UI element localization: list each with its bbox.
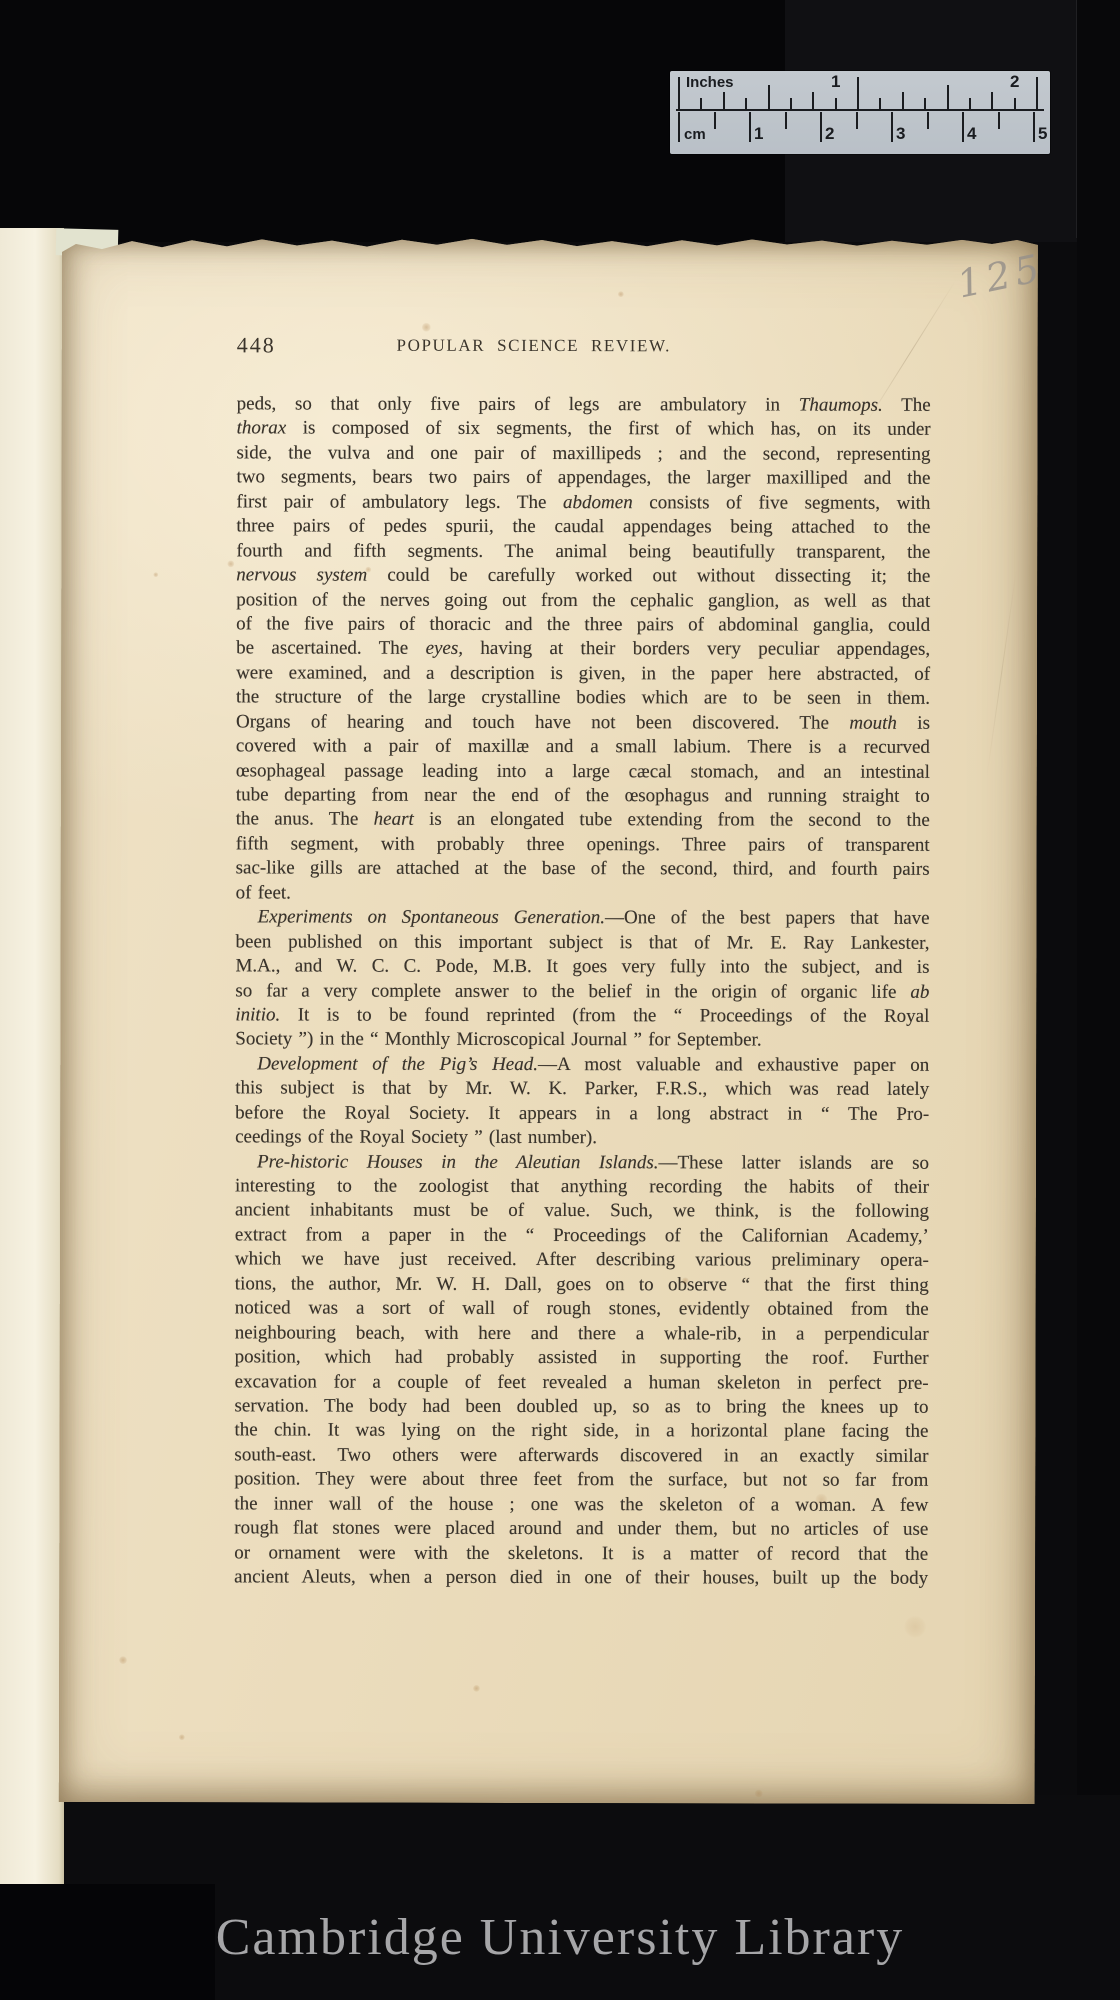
text-segment: covered with a pair of maxillæ and a sma… [236, 735, 930, 757]
ruler-tick [749, 112, 751, 142]
ruler-tick [1036, 77, 1038, 110]
text-line: tions, the author, Mr. W. H. Dall, goes … [235, 1272, 929, 1298]
text-segment: M.A., and W. C. C. Pode, M.B. It goes ve… [235, 955, 929, 977]
text-line: fourth and fifth segments. The animal be… [236, 539, 930, 565]
text-line: which we have just received. After descr… [235, 1248, 929, 1274]
text-segment: is an elongated tube extending from the … [414, 809, 930, 831]
ruler-tick [1014, 98, 1016, 110]
ruler-tick [879, 98, 881, 110]
text-line: so far a very complete answer to the bel… [235, 979, 929, 1005]
text-line: the anus. The heart is an elongated tube… [236, 808, 930, 834]
text-segment: the structure of the large crystalline b… [236, 687, 930, 709]
fox-spot [365, 567, 371, 573]
text-segment: so far a very complete answer to the bel… [235, 980, 910, 1002]
text-line: sac-like gills are attached at the base … [236, 857, 930, 883]
text-segment: excavation for a couple of feet revealed… [235, 1371, 929, 1393]
text-segment: noticed was a sort of wall of rough ston… [235, 1298, 929, 1320]
library-watermark: Cambridge University Library [216, 1908, 905, 1967]
ruler-tick [891, 112, 893, 142]
text-segment: The [883, 395, 931, 416]
fox-spot [897, 690, 903, 696]
ruler-tick [856, 112, 858, 129]
ruler-inch-number: 2 [1010, 72, 1019, 92]
text-line: Organs of hearing and touch have not bee… [236, 710, 930, 736]
ruler-tick [768, 85, 770, 110]
text-line: neighbouring beach, with here and there … [235, 1321, 929, 1347]
text-segment: of feet. [236, 882, 291, 903]
text-line: position. They were about three feet fro… [234, 1468, 928, 1494]
text-line: of the five pairs of thoracic and the th… [236, 612, 930, 638]
text-segment: extract from a paper in the “ Proceeding… [235, 1224, 929, 1246]
ruler-tick [723, 92, 725, 110]
text-line: Society ”) in the “ Monthly Microscopica… [235, 1028, 929, 1054]
text-segment: is [897, 712, 930, 733]
book-page: 125 448 POPULAR SCIENCE REVIEW. peds, so… [59, 236, 1038, 1804]
text-segment: It is to be found reprinted (from the “ … [280, 1004, 929, 1026]
fox-spot [153, 572, 158, 577]
text-segment: tions, the author, Mr. W. H. Dall, goes … [235, 1273, 929, 1295]
page-crease [986, 569, 1017, 777]
text-segment: is composed of six segments, the first o… [286, 418, 930, 440]
text-line: Pre-historic Houses in the Aleutian Isla… [235, 1150, 929, 1176]
text-line: position of the nerves going out from th… [236, 588, 930, 614]
text-segment: this subject is that by Mr. W. K. Parker… [235, 1078, 929, 1100]
text-segment: ab [910, 981, 929, 1002]
text-segment: mouth [849, 712, 897, 733]
background-board-right [1077, 0, 1120, 2000]
ruler-tick [812, 92, 814, 110]
text-line: south-east. Two others were afterwards d… [234, 1443, 928, 1469]
text-segment: Experiments on Spontaneous Generation. [258, 907, 606, 929]
text-segment: Pre-historic Houses in the Aleutian Isla… [257, 1151, 659, 1173]
text-segment: first pair of ambulatory legs. The [236, 491, 563, 513]
text-segment: thorax [237, 418, 287, 439]
text-line: extract from a paper in the “ Proceeding… [235, 1223, 929, 1249]
text-line: this subject is that by Mr. W. K. Parker… [235, 1077, 929, 1103]
text-line: œsophageal passage leading into a large … [236, 759, 930, 785]
ruler-tick [962, 112, 964, 142]
facing-page-edge [0, 228, 64, 1884]
text-line: were examined, and a description is give… [236, 661, 930, 687]
text-line: the structure of the large crystalline b… [236, 686, 930, 712]
text-segment: which we have just received. After descr… [235, 1249, 929, 1271]
fox-spot [179, 1734, 185, 1740]
text-line: excavation for a couple of feet revealed… [235, 1370, 929, 1396]
ruler-tick [714, 112, 716, 129]
text-segment: ancient Aleuts, when a person died in on… [234, 1566, 928, 1588]
ruler-cm-label: cm [684, 126, 706, 143]
text-segment: the anus. The [236, 809, 374, 830]
text-line: rough flat stones were placed around and… [234, 1516, 928, 1542]
ruler-cm-number: 2 [825, 124, 834, 144]
page-text: peds, so that only five pairs of legs ar… [234, 392, 931, 1591]
text-line: first pair of ambulatory legs. The abdom… [236, 490, 930, 516]
text-segment: or ornament were with the skeletons. It … [234, 1542, 928, 1564]
fox-spot [227, 560, 234, 567]
fox-spot [618, 291, 624, 297]
ruler-tick [790, 98, 792, 110]
fox-spot [815, 1494, 827, 1506]
fox-spot [904, 1616, 926, 1638]
text-line: thorax is composed of six segments, the … [237, 417, 931, 443]
text-line: Experiments on Spontaneous Generation.—O… [236, 906, 930, 932]
text-segment: heart [374, 809, 414, 830]
text-segment: initio. [235, 1004, 280, 1025]
text-segment: be ascertained. The [236, 638, 425, 659]
fox-spot [755, 1789, 763, 1797]
text-line: fifth segment, with probably three openi… [236, 832, 930, 858]
ruler-tick [857, 77, 859, 110]
text-segment: having at their borders very peculiar ap… [463, 638, 930, 660]
fox-spot [682, 1277, 689, 1284]
text-segment: tube departing from near the end of the … [236, 784, 930, 806]
text-segment: Thaumops. [799, 395, 883, 416]
text-segment: consists of five segments, with [633, 492, 931, 514]
text-segment: sac-like gills are attached at the base … [236, 858, 930, 880]
ruler-tick [1033, 112, 1035, 142]
fox-spot [481, 939, 487, 945]
text-segment: interesting to the zoologist that anythi… [235, 1175, 929, 1197]
text-segment: Organs of hearing and touch have not bee… [236, 711, 849, 733]
text-segment: three pairs of pedes spurii, the caudal … [236, 516, 930, 538]
ruler-tick [998, 112, 1000, 129]
text-line: side, the vulva and one pair of maxillip… [237, 441, 931, 467]
fox-spot [473, 1685, 480, 1692]
fox-spot [422, 323, 431, 332]
text-segment: side, the vulva and one pair of maxillip… [237, 442, 931, 464]
text-segment: position. They were about three feet fro… [234, 1469, 928, 1491]
ruler-tick [820, 112, 822, 142]
text-line: Development of the Pig’s Head.—A most va… [235, 1052, 929, 1078]
text-line: ceedings of the Royal Society ” (last nu… [235, 1125, 929, 1151]
text-segment: position of the nerves going out from th… [236, 589, 930, 611]
text-line: been published on this important subject… [235, 930, 929, 956]
ruler-centerline [676, 109, 1044, 111]
text-line: ancient inhabitants must be of value. Su… [235, 1199, 929, 1225]
text-line: peds, so that only five pairs of legs ar… [237, 392, 931, 418]
text-segment: —A most valuable and exhaustive paper on [538, 1054, 929, 1076]
text-segment: Development of the Pig’s Head. [257, 1053, 538, 1075]
ruler-tick [835, 98, 837, 110]
ruler-tick [678, 112, 680, 142]
ruler-tick [991, 92, 993, 110]
ruler-tick [745, 98, 747, 110]
running-head-title: POPULAR SCIENCE REVIEW. [314, 336, 754, 357]
text-line: of feet. [236, 881, 930, 907]
text-line: before the Royal Society. It appears in … [235, 1101, 929, 1127]
text-line: the chin. It was lying on the right side… [234, 1419, 928, 1445]
ruler-tick [927, 112, 929, 129]
text-segment: rough flat stones were placed around and… [234, 1517, 928, 1539]
ruler-inches-label: Inches [686, 74, 734, 91]
text-segment: position, which had probably assisted in… [235, 1346, 929, 1368]
fox-spot [119, 1656, 127, 1664]
text-segment: —These latter islands are so [659, 1152, 930, 1174]
ruler-cm-number: 5 [1038, 124, 1047, 144]
ruler: Inches cm 1212345 [670, 71, 1050, 154]
text-segment: peds, so that only five pairs of legs ar… [237, 393, 799, 415]
ruler-cm-number: 3 [896, 124, 905, 144]
background-board-bottom-left [0, 1884, 215, 2000]
ruler-tick [902, 92, 904, 110]
background-seam [1076, 0, 1077, 238]
text-segment: of the five pairs of thoracic and the th… [236, 613, 930, 635]
text-segment: eyes, [426, 638, 463, 659]
text-segment: fifth segment, with probably three openi… [236, 833, 930, 855]
text-line: servation. The body had been doubled up,… [235, 1394, 929, 1420]
text-segment: ceedings of the Royal Society ” (last nu… [235, 1126, 597, 1148]
text-line: two segments, bears two pairs of appenda… [236, 466, 930, 492]
text-line: tube departing from near the end of the … [236, 783, 930, 809]
text-line: ancient Aleuts, when a person died in on… [234, 1565, 928, 1591]
text-segment: before the Royal Society. It appears in … [235, 1102, 929, 1124]
text-line: M.A., and W. C. C. Pode, M.B. It goes ve… [235, 954, 929, 980]
text-segment: servation. The body had been doubled up,… [235, 1395, 929, 1417]
text-segment: abdomen [563, 492, 633, 513]
text-segment: been published on this important subject… [236, 931, 930, 953]
text-segment: nervous system [236, 564, 367, 585]
text-segment: œsophageal passage leading into a large … [236, 760, 930, 782]
ruler-tick [947, 85, 949, 110]
text-segment: Society ”) in the “ Monthly Microscopica… [235, 1029, 761, 1051]
text-line: three pairs of pedes spurii, the caudal … [236, 515, 930, 541]
text-segment: —One of the best papers that have [605, 907, 930, 929]
ruler-tick [678, 77, 680, 110]
background-board-dark [0, 0, 785, 242]
ruler-tick [969, 98, 971, 110]
text-segment: the chin. It was lying on the right side… [234, 1420, 928, 1442]
ruler-tick [700, 98, 702, 110]
ruler-tick [924, 98, 926, 110]
text-line: be ascertained. The eyes, having at thei… [236, 637, 930, 663]
text-line: noticed was a sort of wall of rough ston… [235, 1297, 929, 1323]
text-segment: could be carefully worked out without di… [367, 565, 930, 587]
text-line: position, which had probably assisted in… [235, 1345, 929, 1371]
text-segment: fourth and fifth segments. The animal be… [236, 540, 930, 562]
handwritten-folio-number: 125 [953, 245, 1048, 306]
ruler-cm-number: 4 [967, 124, 976, 144]
text-segment: two segments, bears two pairs of appenda… [236, 467, 930, 489]
text-segment: were examined, and a description is give… [236, 662, 930, 684]
text-line: initio. It is to be found reprinted (fro… [235, 1003, 929, 1029]
page-number: 448 [237, 332, 276, 358]
text-segment: south-east. Two others were afterwards d… [234, 1444, 928, 1466]
text-line: or ornament were with the skeletons. It … [234, 1541, 928, 1567]
ruler-tick [785, 112, 787, 129]
text-segment: ancient inhabitants must be of value. Su… [235, 1200, 929, 1222]
text-line: interesting to the zoologist that anythi… [235, 1174, 929, 1200]
text-segment: neighbouring beach, with here and there … [235, 1322, 929, 1344]
text-line: covered with a pair of maxillæ and a sma… [236, 734, 930, 760]
scan-canvas: { "ruler": { "inches_label": "Inches", "… [0, 0, 1120, 2000]
ruler-inch-number: 1 [831, 72, 840, 92]
ruler-cm-number: 1 [754, 124, 763, 144]
text-line: nervous system could be carefully worked… [236, 563, 930, 589]
